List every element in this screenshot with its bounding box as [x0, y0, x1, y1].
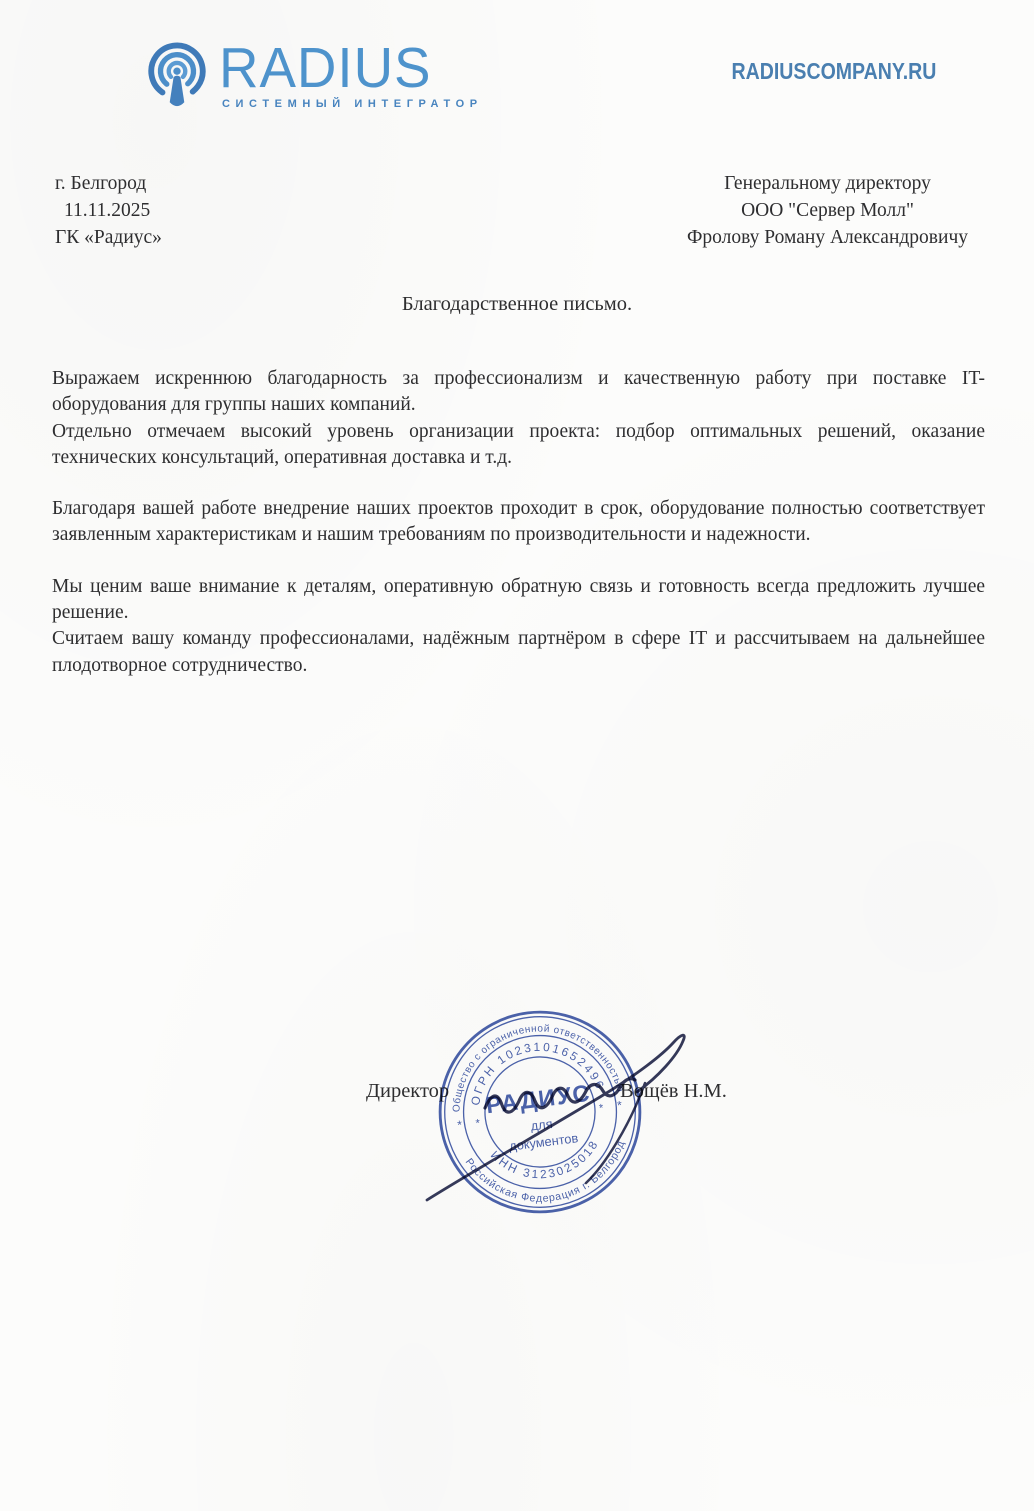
sentence: Отдельно отмечаем высокий уровень органи…	[52, 419, 985, 472]
city-line: г. Белгород	[55, 170, 162, 197]
sentence: Считаем вашу команду профессионалами, на…	[52, 626, 985, 679]
sentence: Мы ценим ваше внимание к деталям, операт…	[52, 574, 985, 627]
letter-title: Благодарственное письмо.	[0, 293, 1034, 316]
sentence: Благодаря вашей работе внедрение наших п…	[52, 496, 985, 549]
company-website: RADIUSCOMPANY.RU	[732, 58, 911, 85]
paragraph: Мы ценим ваше внимание к деталям, операт…	[52, 574, 985, 679]
sentence: Выражаем искреннюю благодарность за проф…	[52, 366, 985, 419]
letter-recipient-block: Генеральному директору ООО "Сервер Молл"…	[655, 170, 1000, 251]
recipient-company: ООО "Сервер Молл"	[655, 197, 1000, 224]
handwritten-signature	[390, 1005, 730, 1225]
paragraph: Благодаря вашей работе внедрение наших п…	[52, 496, 985, 549]
radius-broadcast-arcs-icon	[143, 42, 211, 114]
letter-body: Выражаем искреннюю благодарность за проф…	[52, 366, 985, 704]
recipient-name: Фролову Роману Александровичу	[655, 224, 1000, 251]
paragraph: Выражаем искреннюю благодарность за проф…	[52, 366, 985, 471]
recipient-role: Генеральному директору	[655, 170, 1000, 197]
sender-line: ГК «Радиус»	[55, 224, 162, 251]
date-line: 11.11.2025	[55, 197, 162, 224]
company-logo: RADIUS СИСТЕМНЫЙ ИНТЕГРАТОР	[143, 42, 483, 114]
letter-meta-left: г. Белгород 11.11.2025 ГК «Радиус»	[55, 170, 162, 251]
logo-wordmark: RADIUS	[219, 42, 472, 94]
